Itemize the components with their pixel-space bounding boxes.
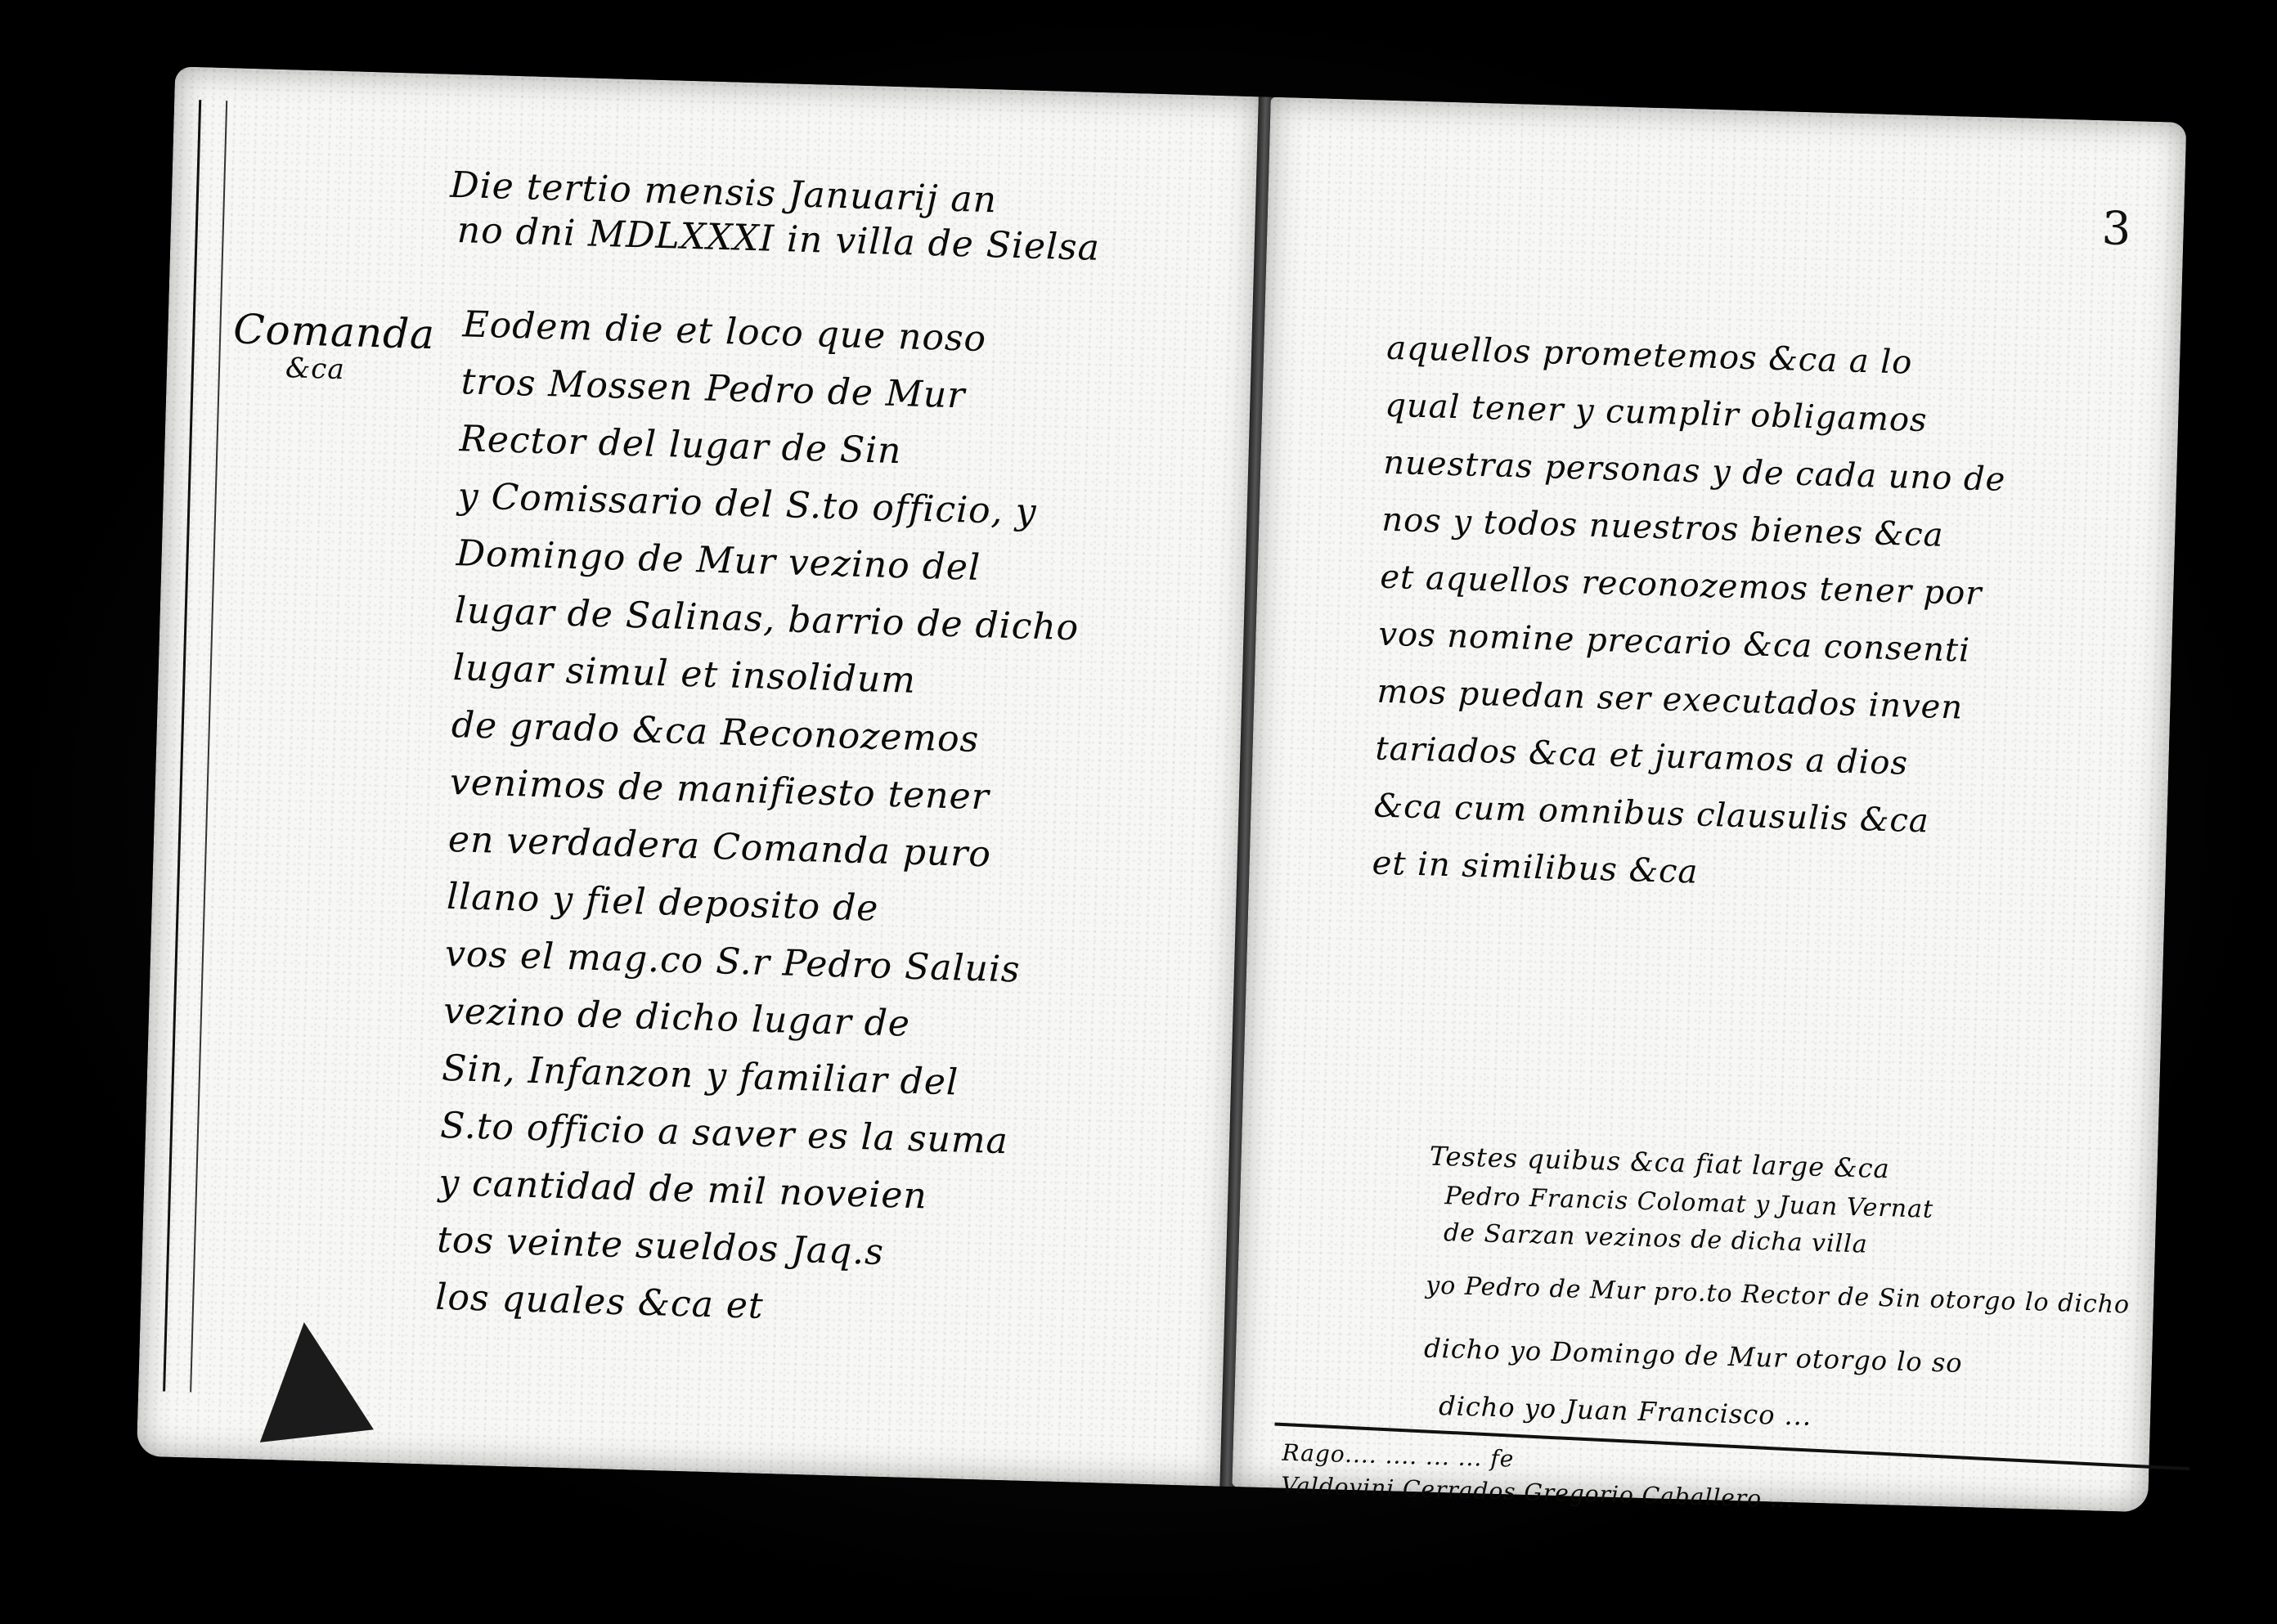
manuscript-spread: Comanda &ca Die tertio mensis Januarij a… (79, 48, 2228, 1537)
folio-number: 3 (2101, 202, 2131, 256)
folded-corner (247, 1316, 374, 1442)
margin-note: Comanda (233, 305, 436, 358)
margin-note: &ca (285, 352, 346, 386)
